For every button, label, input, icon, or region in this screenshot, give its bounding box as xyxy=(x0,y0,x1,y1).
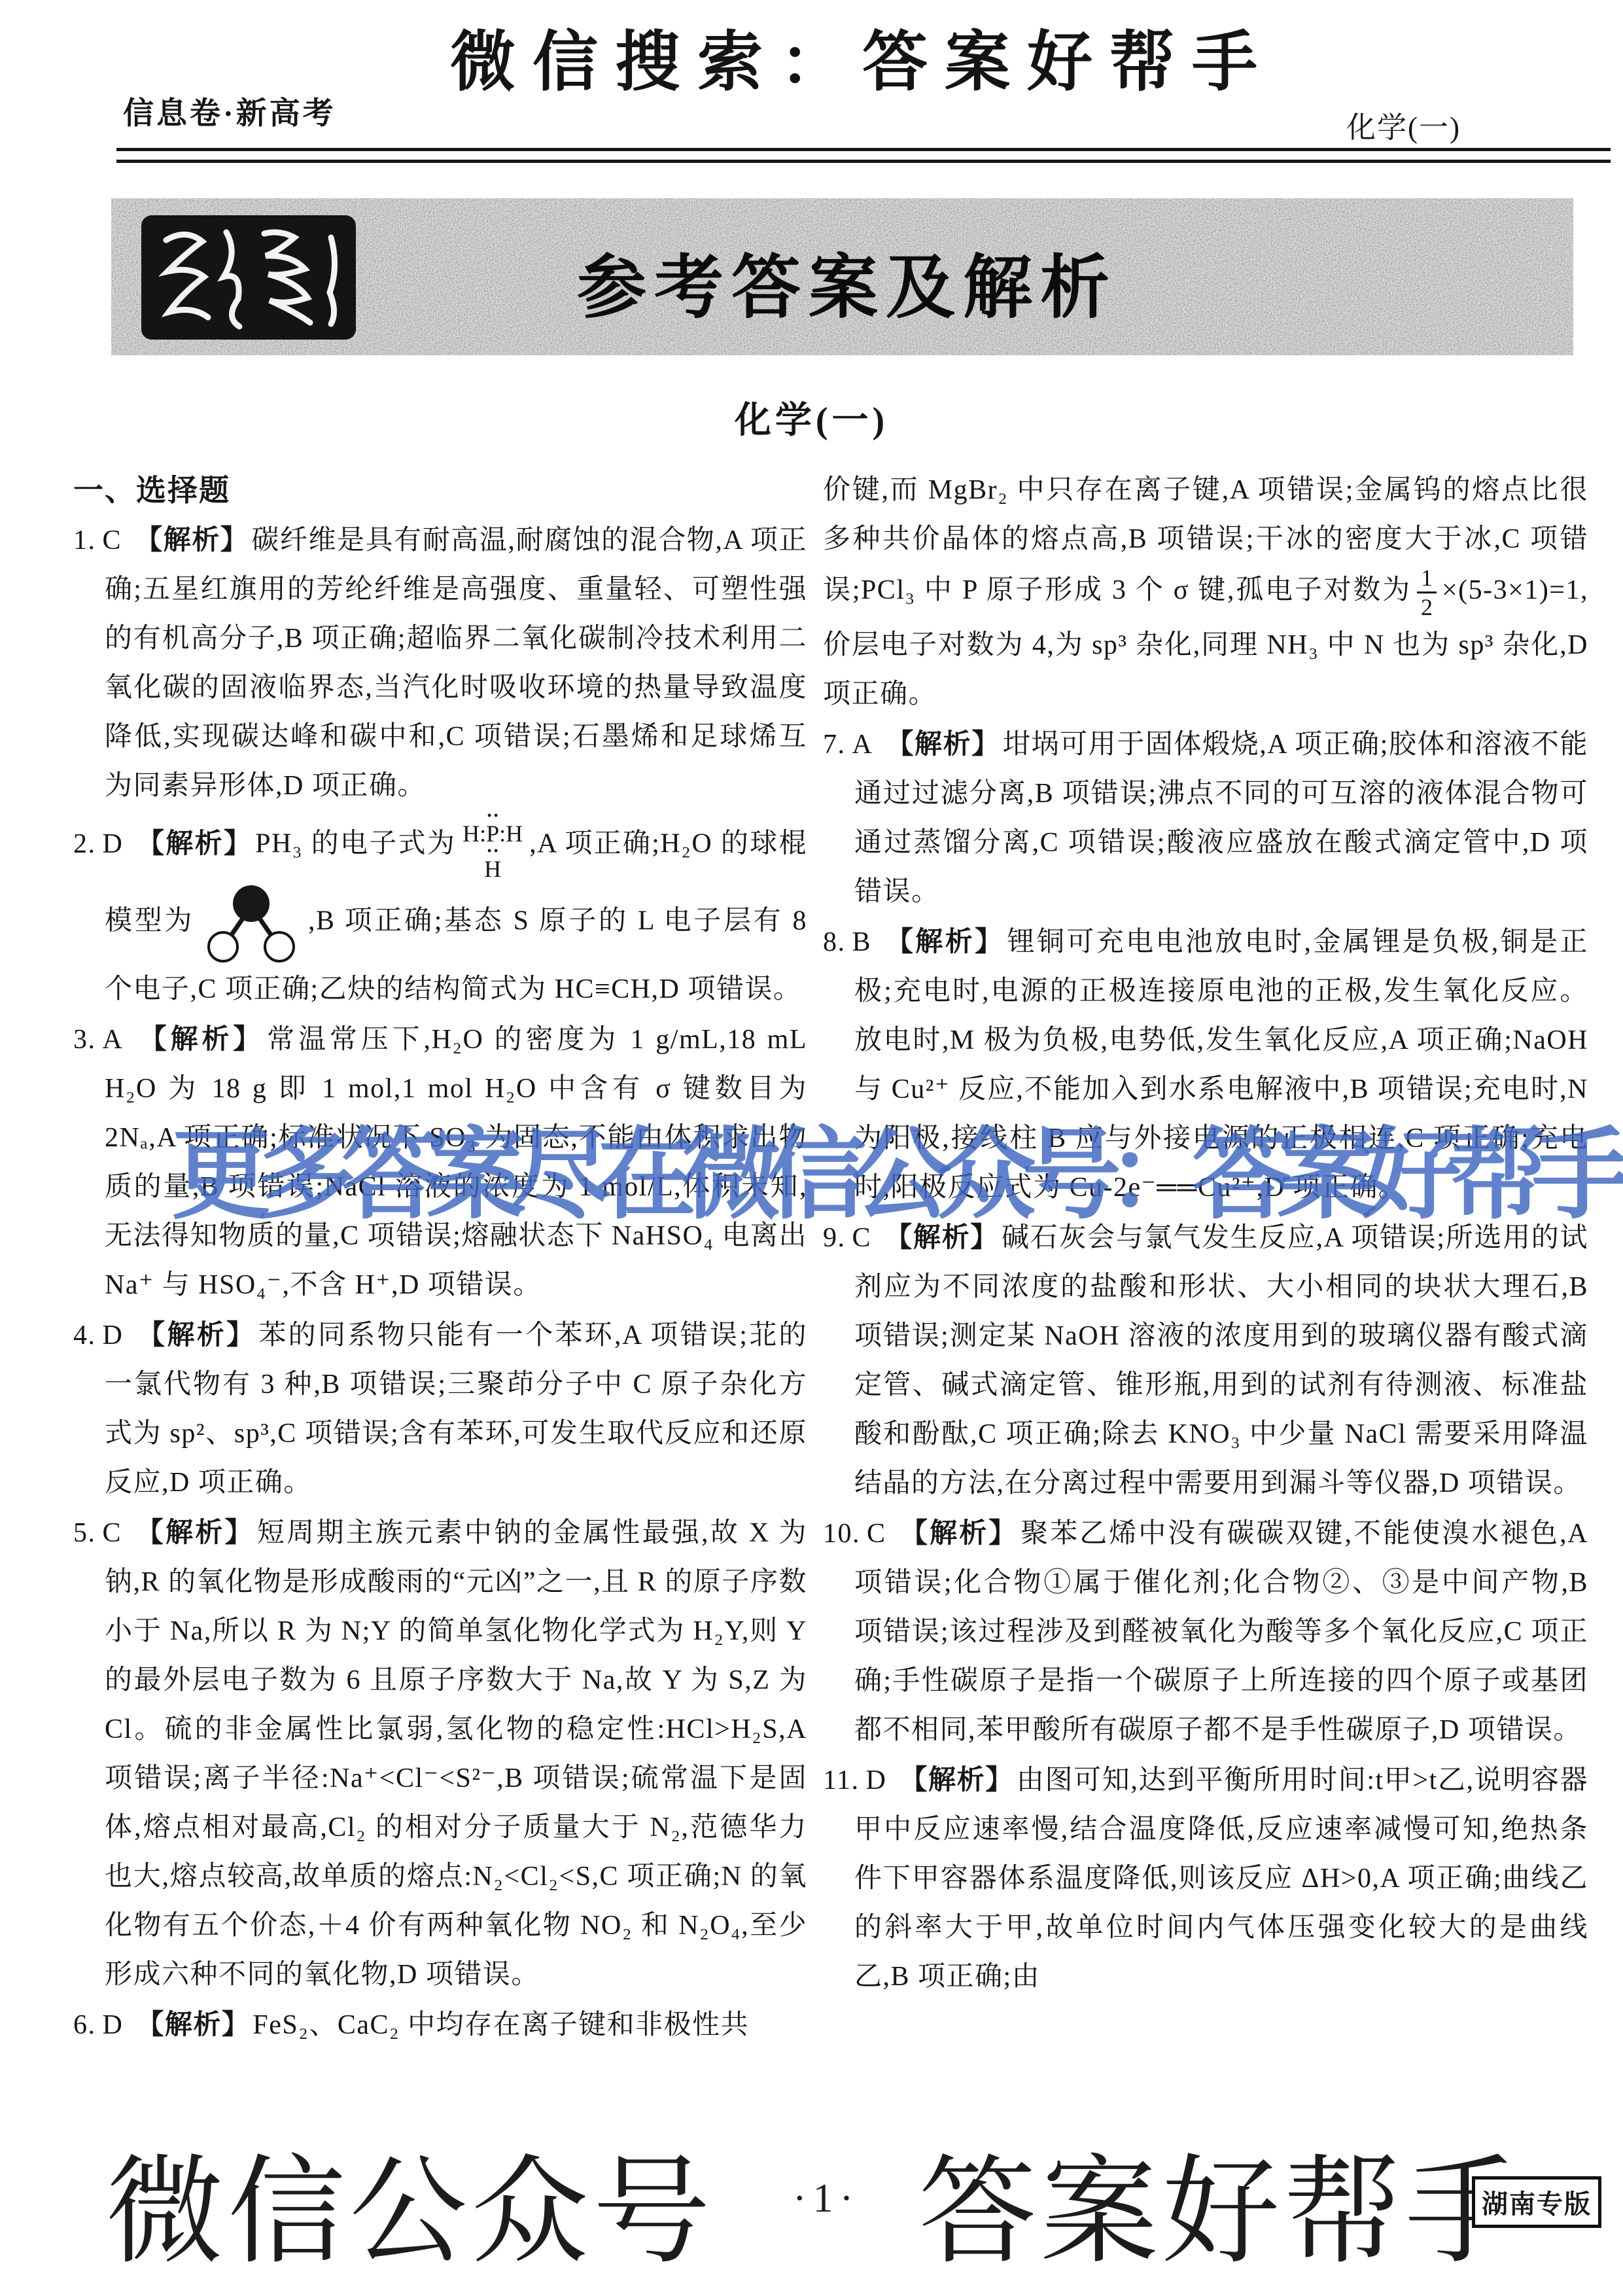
answer-item-11: 11.D【解析】由图可知,达到平衡所用时间:t甲>t乙,说明容器甲中反应速率慢,… xyxy=(823,1755,1588,2002)
answer-banner: 参考答案及解析 xyxy=(111,198,1573,355)
item-answer: D xyxy=(865,1765,886,1795)
item-number: 8. xyxy=(823,927,846,957)
answer-item-7: 7.A【解析】坩埚可用于固体煅烧,A 项正确;胶体和溶液不能通过过滤分离,B 项… xyxy=(823,719,1588,917)
item-number: 5. xyxy=(73,1518,96,1548)
analysis-tag: 【解析】 xyxy=(135,524,249,555)
item-number: 6. xyxy=(73,2010,96,2040)
banner-title: 参考答案及解析 xyxy=(577,232,1117,332)
analysis-text: FeS₂、CaC₂ 中均存在离子键和非极性共 xyxy=(253,2010,749,2040)
answer-item-1: 1.C【解析】碳纤维是具有耐高温,耐腐蚀的混合物,A 项正确;五星红旗用的芳纶纤… xyxy=(73,515,807,811)
item-number: 10. xyxy=(823,1519,860,1549)
bottom-watermark-left: 微信公众号 xyxy=(106,2147,714,2278)
item-number: 1. xyxy=(73,525,96,556)
analysis-text: 聚苯乙烯中没有碳碳双键,不能使溴水褪色,A 项错误;化合物①属于催化剂;化合物②… xyxy=(854,1519,1588,1745)
analysis-text: 由图可知,达到平衡所用时间:t甲>t乙,说明容器甲中反应速率慢,结合温度降低,反… xyxy=(854,1765,1588,1992)
top-watermark: 微信搜索：答案好帮手 xyxy=(450,9,1274,103)
left-column: 一、选择题 1.C【解析】碳纤维是具有耐高温,耐腐蚀的混合物,A 项正确;五星红… xyxy=(73,466,807,2050)
item-answer: D xyxy=(103,2010,124,2040)
item-answer: B xyxy=(852,927,872,957)
masthead-series: 信息卷·新高考 xyxy=(123,89,336,133)
middle-watermark: 更多答案尽在微信公众号：答案好帮手 xyxy=(171,1095,1617,1238)
ball-stick-model-icon xyxy=(202,881,300,965)
analysis-text: 碱石灰会与氯气发生反应,A 项错误;所选用的试剂应为不同浓度的盐酸和形状、大小相… xyxy=(854,1223,1588,1498)
item-number: 7. xyxy=(823,730,846,760)
item-answer: C xyxy=(103,525,122,556)
bottom-watermark: 微信公众号·1·答案好帮手 xyxy=(106,2154,1527,2272)
item-number: 11. xyxy=(823,1765,859,1795)
electron-formula-ph3: ··H:P:H··H xyxy=(462,811,523,881)
bottom-watermark-right: 答案好帮手 xyxy=(918,2147,1527,2278)
answer-item-2: 2.D【解析】PH₃ 的电子式为··H:P:H··H,A 项正确;H₂O 的球棍… xyxy=(73,811,807,1014)
item-answer: C xyxy=(867,1519,886,1549)
section-title: 化学(一) xyxy=(0,391,1623,444)
item-number: 3. xyxy=(73,1025,96,1055)
item-answer: D xyxy=(103,829,124,859)
analysis-tag: 【解析】 xyxy=(899,1517,1019,1548)
analysis-tag: 【解析】 xyxy=(136,828,253,858)
item-answer: C xyxy=(103,1518,122,1548)
analysis-tag: 【解析】 xyxy=(899,1764,1014,1795)
seal-stamp-icon xyxy=(140,214,357,341)
lone-pair-dots: ·· xyxy=(462,811,523,821)
answer-item-10: 10.C【解析】聚苯乙烯中没有碳碳双键,不能使溴水褪色,A 项错误;化合物①属于… xyxy=(823,1508,1588,1755)
analysis-text: 碳纤维是具有耐高温,耐腐蚀的混合物,A 项正确;五星红旗用的芳纶纤维是高强度、重… xyxy=(105,525,807,801)
analysis-tag: 【解析】 xyxy=(884,926,1005,957)
answer-item-9: 9.C【解析】碱石灰会与氯气发生反应,A 项错误;所选用的试剂应为不同浓度的盐酸… xyxy=(823,1212,1588,1508)
analysis-tag: 【解析】 xyxy=(136,1023,264,1054)
analysis-tag: 【解析】 xyxy=(886,728,1000,759)
header-divider xyxy=(116,148,1611,163)
bond-pair-dots: ·· xyxy=(462,846,523,857)
part-heading: 一、选择题 xyxy=(73,466,807,515)
answer-item-6-continued: 价键,而 MgBr₂ 中只存在离子键,A 项错误;金属钨的熔点比很多种共价晶体的… xyxy=(823,466,1588,719)
analysis-tag: 【解析】 xyxy=(136,2009,250,2040)
masthead-subject: 化学(一) xyxy=(1346,103,1461,146)
item-answer: A xyxy=(103,1025,124,1055)
analysis-text: PH₃ 的电子式为 xyxy=(255,829,456,859)
item-answer: D xyxy=(103,1320,124,1351)
edition-badge: 湖南专版 xyxy=(1472,2176,1601,2228)
item-number: 4. xyxy=(73,1320,96,1351)
answer-item-5: 5.C【解析】短周期主族元素中钠的金属性最强,故 X 为钠,R 的氧化物是形成酸… xyxy=(73,1508,807,2000)
item-number: 2. xyxy=(73,829,96,859)
analysis-text: 短周期主族元素中钠的金属性最强,故 X 为钠,R 的氧化物是形成酸雨的“元凶”之… xyxy=(105,1518,807,1990)
page-number: ·1· xyxy=(793,2176,860,2221)
answer-item-4: 4.D【解析】苯的同系物只能有一个苯环,A 项错误;苝的一氯代物有 3 种,B … xyxy=(73,1310,807,1508)
analysis-tag: 【解析】 xyxy=(135,1517,254,1547)
answer-item-6: 6.D【解析】FeS₂、CaC₂ 中均存在离子键和非极性共 xyxy=(73,2000,807,2050)
fraction-one-half: 12 xyxy=(1417,564,1437,621)
analysis-tag: 【解析】 xyxy=(136,1319,256,1350)
item-answer: A xyxy=(852,730,873,760)
